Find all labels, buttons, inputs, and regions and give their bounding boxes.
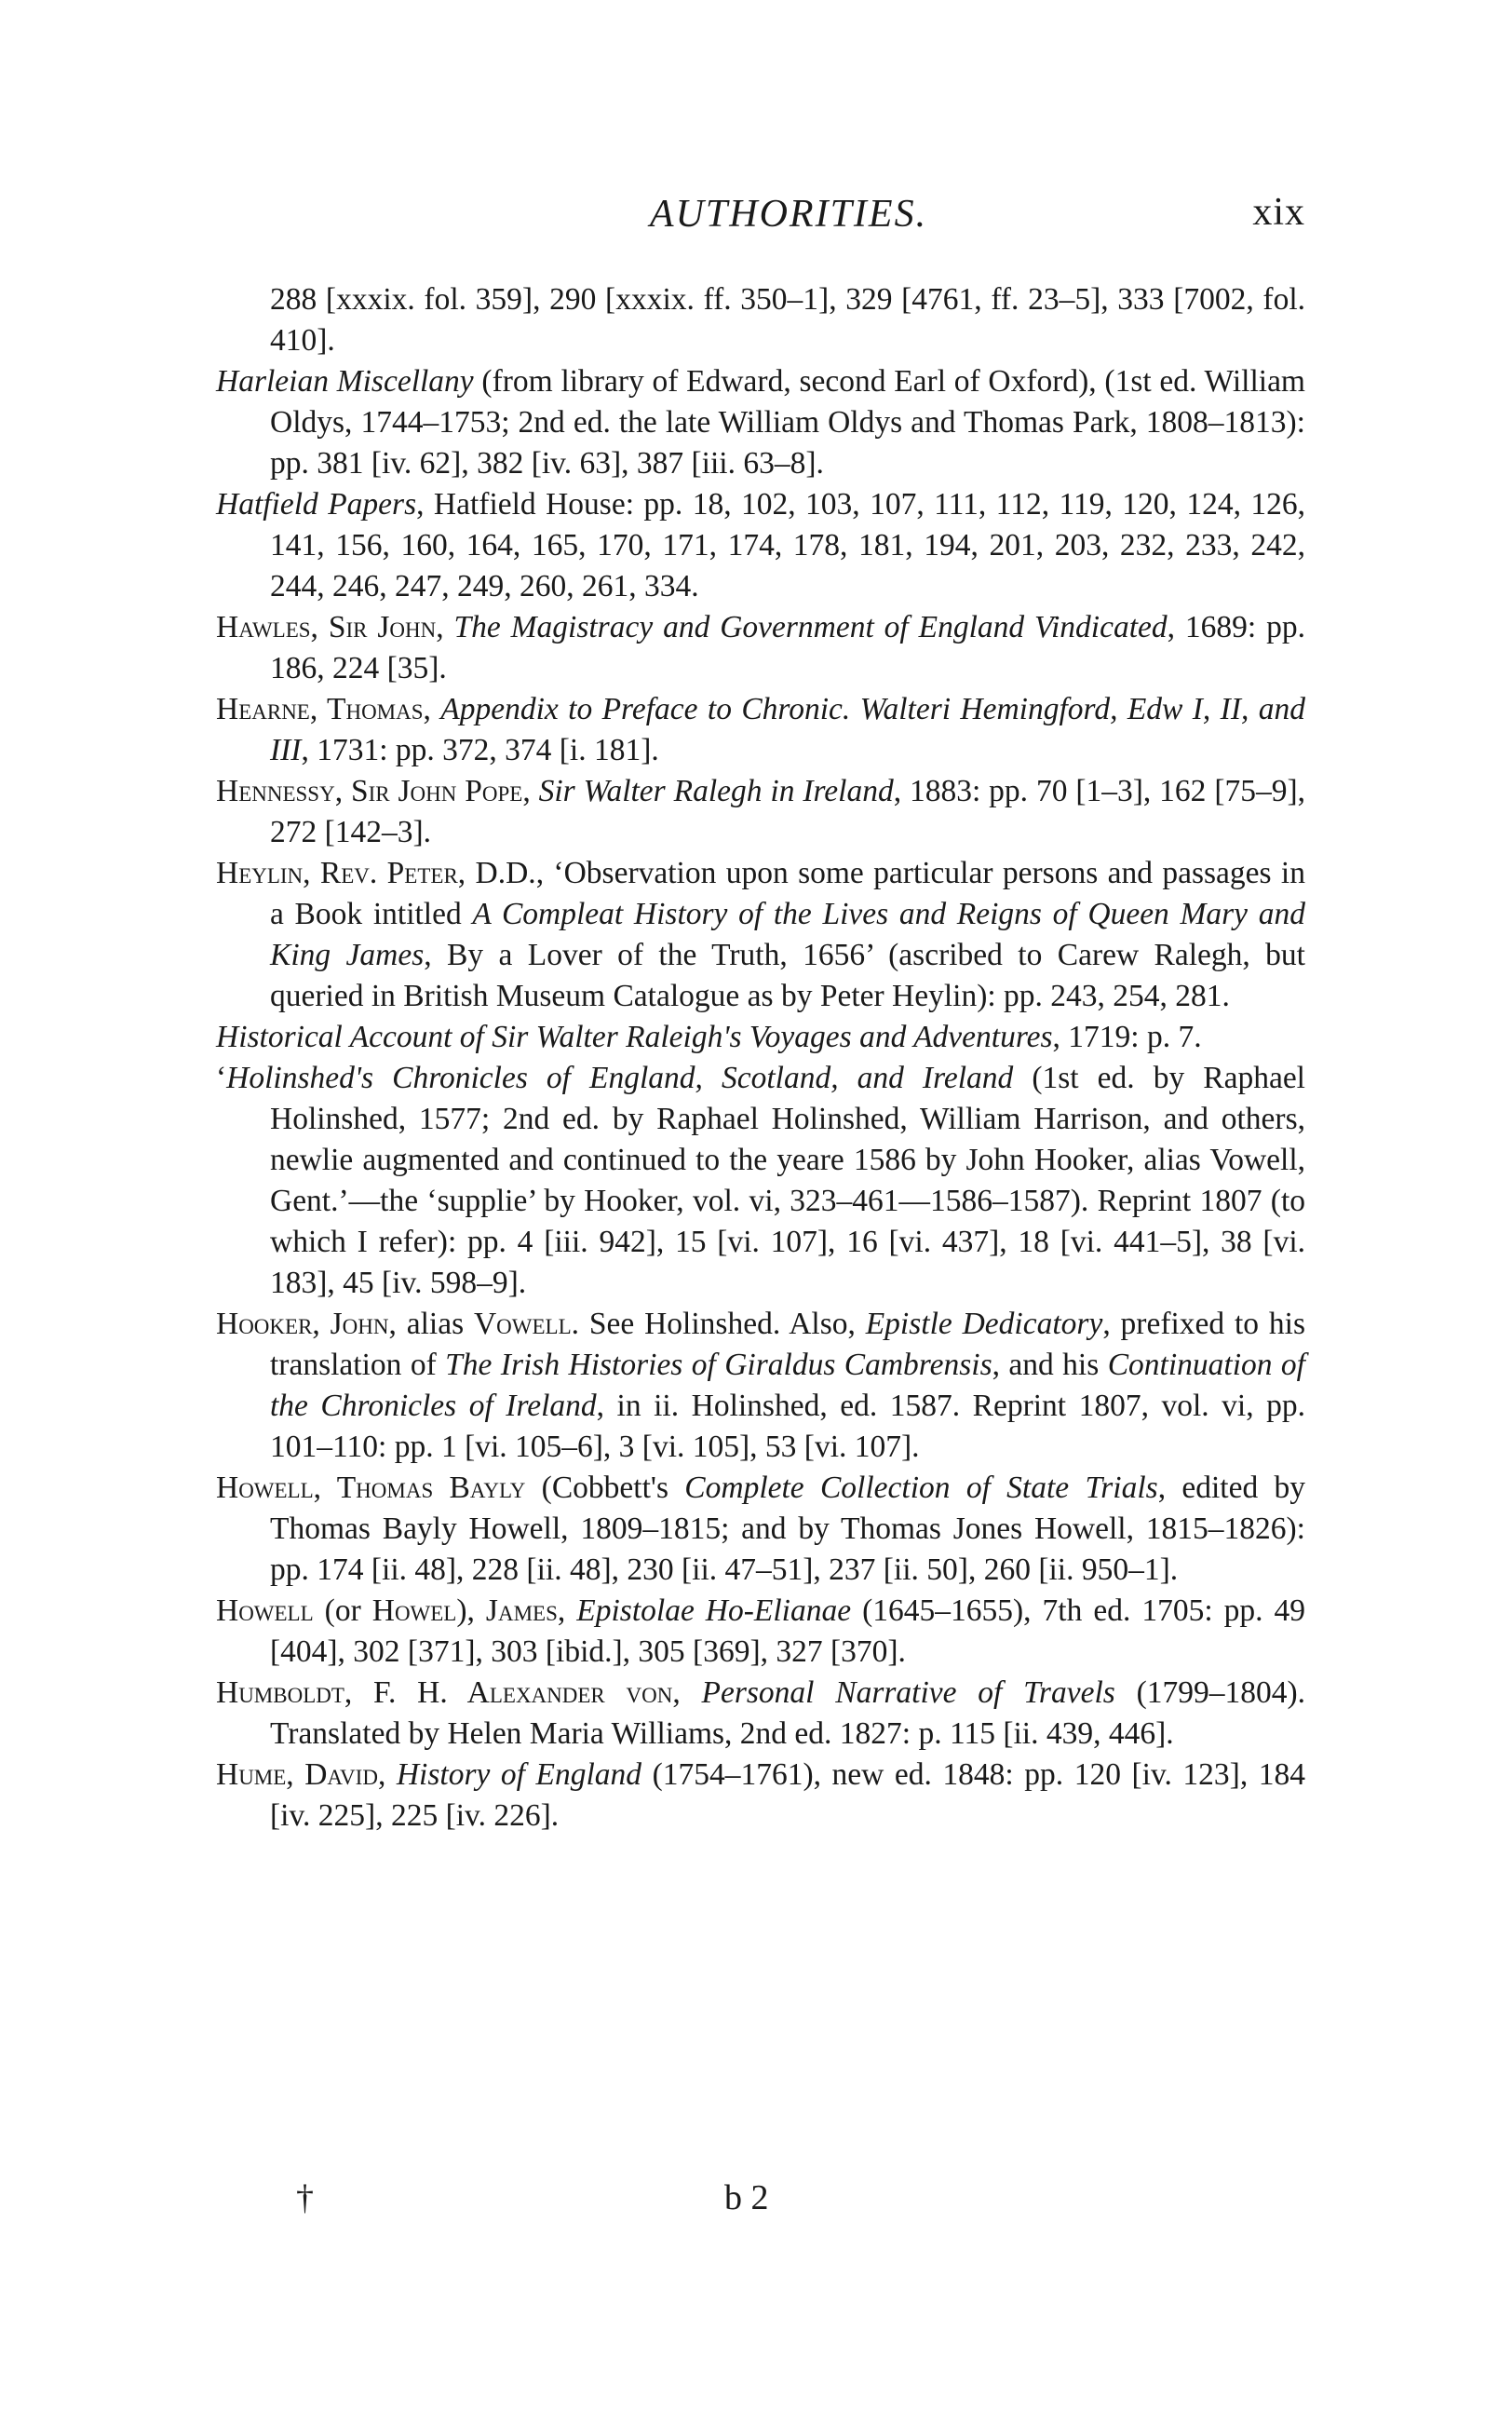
bibliography-entry-holinshed: ‘Holinshed's Chronicles of England, Scot…	[216, 1058, 1305, 1304]
entry-text: (or	[314, 1593, 372, 1628]
entry-text: ,	[558, 1593, 576, 1628]
work-title: Historical Account of Sir Walter Raleigh…	[216, 1020, 1053, 1054]
bibliography-entry-harleian: Harleian Miscellany (from library of Edw…	[216, 361, 1305, 484]
entry-text: ,	[436, 610, 453, 644]
entry-text: , 1731: pp. 372, 374 [i. 181].	[301, 733, 658, 767]
work-title: History of England	[397, 1757, 641, 1792]
work-title: Hatfield Papers	[216, 487, 416, 522]
author-name: Heylin, Rev. Peter, D.D.	[216, 856, 536, 890]
document-page: AUTHORITIES. xix 288 [xxxix. fol. 359], …	[216, 186, 1305, 1837]
entry-text: , Hatfield House: pp. 18, 102, 103, 107,…	[270, 487, 1305, 603]
author-name: Hearne, Thomas	[216, 692, 424, 726]
work-title: The Irish Histories of Giraldus Cambrens…	[445, 1348, 992, 1382]
entry-text: ,	[378, 1757, 397, 1792]
bibliography-entry-historical-account: Historical Account of Sir Walter Raleigh…	[216, 1017, 1305, 1058]
bibliography-entry-hume: Hume, David, History of England (1754–17…	[216, 1755, 1305, 1837]
author-name: Humboldt, F. H. Alexander von	[216, 1675, 672, 1710]
author-name: Howell, Thomas Bayly	[216, 1471, 525, 1505]
running-head: AUTHORITIES. xix	[216, 186, 1305, 242]
author-name: Vowell	[474, 1307, 572, 1341]
entry-text: ‘	[216, 1061, 226, 1095]
author-name: Howell	[216, 1593, 314, 1628]
entry-text: ,	[424, 692, 441, 726]
bibliography-entry-hennessy: Hennessy, Sir John Pope, Sir Walter Rale…	[216, 771, 1305, 853]
entry-text: ,	[672, 1675, 701, 1710]
author-name: James	[486, 1593, 558, 1628]
work-title: Epistle Dedicatory	[866, 1307, 1103, 1341]
signature-mark: b 2	[724, 2177, 769, 2218]
work-title: The Magistracy and Government of England…	[453, 610, 1167, 644]
bibliography-entry-continuation: 288 [xxxix. fol. 359], 290 [xxxix. ff. 3…	[216, 279, 1305, 361]
entry-text: , By a Lover of the Truth, 1656’ (ascrib…	[270, 938, 1305, 1013]
work-title: Sir Walter Ralegh in Ireland	[539, 774, 894, 808]
bibliography-entry-hawles: Hawles, Sir John, The Magistracy and Gov…	[216, 607, 1305, 689]
page-footer: † b 2	[0, 2177, 1512, 2233]
entry-text: . See Holinshed. Also,	[572, 1307, 866, 1341]
running-title: AUTHORITIES.	[216, 192, 1305, 237]
bibliography-entry-hooker: Hooker, John, alias Vowell. See Holinshe…	[216, 1304, 1305, 1468]
bibliography-entry-hatfield: Hatfield Papers, Hatfield House: pp. 18,…	[216, 484, 1305, 607]
work-title: Personal Narrative of Travels	[702, 1675, 1115, 1710]
work-title: Holinshed's Chronicles of England, Scotl…	[226, 1061, 1013, 1095]
author-name: Hume, David	[216, 1757, 378, 1792]
entry-text: , and his	[992, 1348, 1108, 1382]
author-name: Hawles, Sir John	[216, 610, 436, 644]
entry-text: 288 [xxxix. fol. 359], 290 [xxxix. ff. 3…	[270, 282, 1305, 358]
bibliography-entry-hearne: Hearne, Thomas, Appendix to Preface to C…	[216, 689, 1305, 771]
author-name: Hooker, John	[216, 1307, 389, 1341]
author-name: Howel	[372, 1593, 457, 1628]
dagger-mark: †	[296, 2177, 314, 2218]
entry-text: ),	[456, 1593, 486, 1628]
page-number: xix	[1252, 190, 1305, 235]
bibliography-list: 288 [xxxix. fol. 359], 290 [xxxix. ff. 3…	[216, 279, 1305, 1837]
bibliography-entry-humboldt: Humboldt, F. H. Alexander von, Personal …	[216, 1673, 1305, 1755]
bibliography-entry-heylin: Heylin, Rev. Peter, D.D., ‘Observation u…	[216, 853, 1305, 1017]
entry-text: , alias	[389, 1307, 474, 1341]
entry-text: ,	[522, 774, 538, 808]
entry-text: , 1719: p. 7.	[1053, 1020, 1202, 1054]
work-title: Epistolae Ho-Elianae	[576, 1593, 851, 1628]
bibliography-entry-howell-james: Howell (or Howel), James, Epistolae Ho-E…	[216, 1591, 1305, 1673]
bibliography-entry-howell-thomas: Howell, Thomas Bayly (Cobbett's Complete…	[216, 1468, 1305, 1591]
work-title: Complete Collection of State Trials	[684, 1471, 1157, 1505]
author-name: Hennessy, Sir John Pope	[216, 774, 522, 808]
entry-text: (Cobbett's	[525, 1471, 684, 1505]
work-title: Harleian Miscellany	[216, 364, 474, 399]
entry-text: (1st ed. by Raphael Holinshed, 1577; 2nd…	[270, 1061, 1305, 1300]
